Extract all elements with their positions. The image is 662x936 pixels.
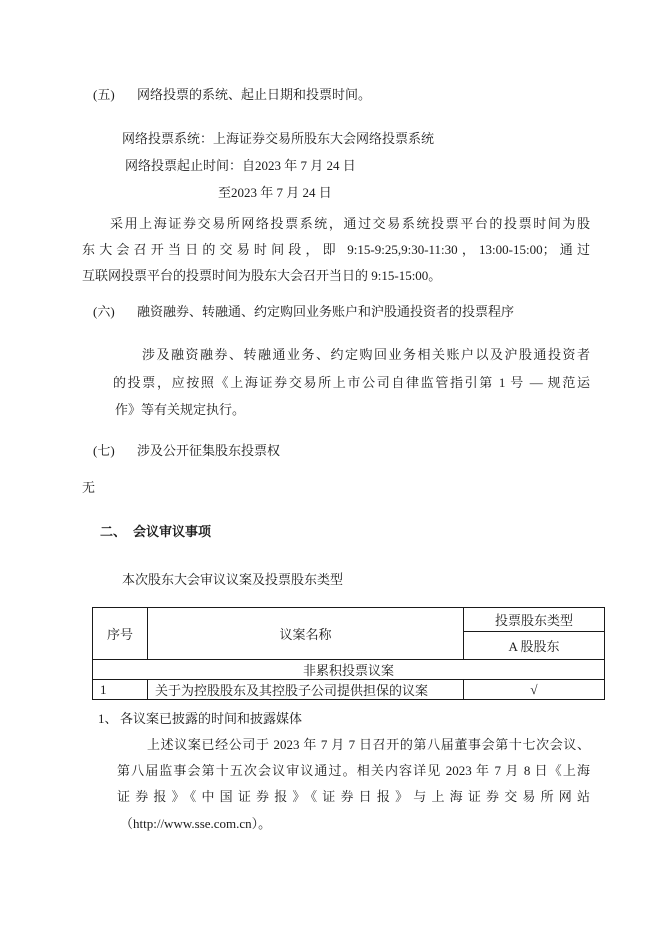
disclosure-para-line-2: 第八届监事会第十五次会议审议通过。相关内容详见 2023 年 7 月 8 日《上…: [117, 763, 590, 779]
section7-title: 涉及公开征集股东投票权: [137, 443, 280, 459]
table-header-seq: 序号: [93, 608, 148, 660]
disclosure-url-line: （http://www.sse.com.cn）。: [120, 816, 271, 832]
disclosure-para-line-3: 证券报》《中国证券报》《证券日报》与上海证券交易所网站: [117, 789, 590, 805]
section6-para-line-3: 作》等有关规定执行。: [115, 402, 245, 418]
section5-para-line-2: 东大会召开当日的交易时间段，即 9:15-9:25,9:30-11:30，13:…: [82, 242, 590, 258]
section5-para-line-1: 采用上海证券交易所网络投票系统，通过交易系统投票平台的投票时间为股: [110, 216, 590, 232]
section5-end-line: 至2023 年 7 月 24 日: [218, 185, 332, 201]
table-row-seq: 1: [93, 680, 148, 700]
section-two-marker: 二、: [100, 524, 126, 540]
section-two-title: 会议审议事项: [133, 524, 211, 540]
table-header-name: 议案名称: [148, 608, 464, 660]
section7-body: 无: [82, 480, 95, 496]
section6-title: 融资融券、转融通、约定购回业务账户和沪股通投资者的投票程序: [137, 304, 514, 320]
agenda-table: 序号 议案名称 投票股东类型 A 股股东 非累积投票议案 1 关于为控股股东及其…: [92, 607, 605, 700]
section5-marker: (五): [93, 87, 115, 103]
disclosure-title: 各议案已披露的时间和披露媒体: [120, 711, 302, 727]
section6-para-line-2: 的投票，应按照《上海证券交易所上市公司自律监管指引第 1 号 — 规范运: [113, 375, 590, 391]
section5-para-line-3: 互联网投票平台的投票时间为股东大会召开当日的 9:15-15:00。: [82, 268, 441, 284]
section-two-intro: 本次股东大会审议议案及投票股东类型: [122, 572, 343, 588]
table-row-name: 关于为控股股东及其控股子公司提供担保的议案: [148, 680, 464, 700]
table-row-a-share-check: √: [464, 680, 605, 700]
document-page: (五) 网络投票的系统、起止日期和投票时间。 网络投票系统：上海证券交易所股东大…: [0, 0, 662, 936]
disclosure-marker: 1、: [98, 711, 118, 727]
table-header-voter-type: 投票股东类型: [464, 608, 605, 632]
table-group-row: 非累积投票议案: [93, 660, 605, 680]
section5-system-line: 网络投票系统：上海证券交易所股东大会网络投票系统: [122, 131, 434, 147]
section6-marker: (六): [93, 304, 115, 320]
section6-para-line-1: 涉及融资融券、转融通业务、约定购回业务相关账户以及沪股通投资者: [142, 347, 590, 363]
table-row: 1 关于为控股股东及其控股子公司提供担保的议案 √: [93, 680, 605, 700]
disclosure-para-line-1: 上述议案已经公司于 2023 年 7 月 7 日召开的第八届董事会第十七次会议、: [147, 737, 590, 753]
section5-title: 网络投票的系统、起止日期和投票时间。: [137, 87, 371, 103]
table-header-voter-subtype: A 股股东: [464, 632, 605, 660]
section5-start-line: 网络投票起止时间：自2023 年 7 月 24 日: [125, 158, 356, 174]
section7-marker: (七): [93, 443, 115, 459]
